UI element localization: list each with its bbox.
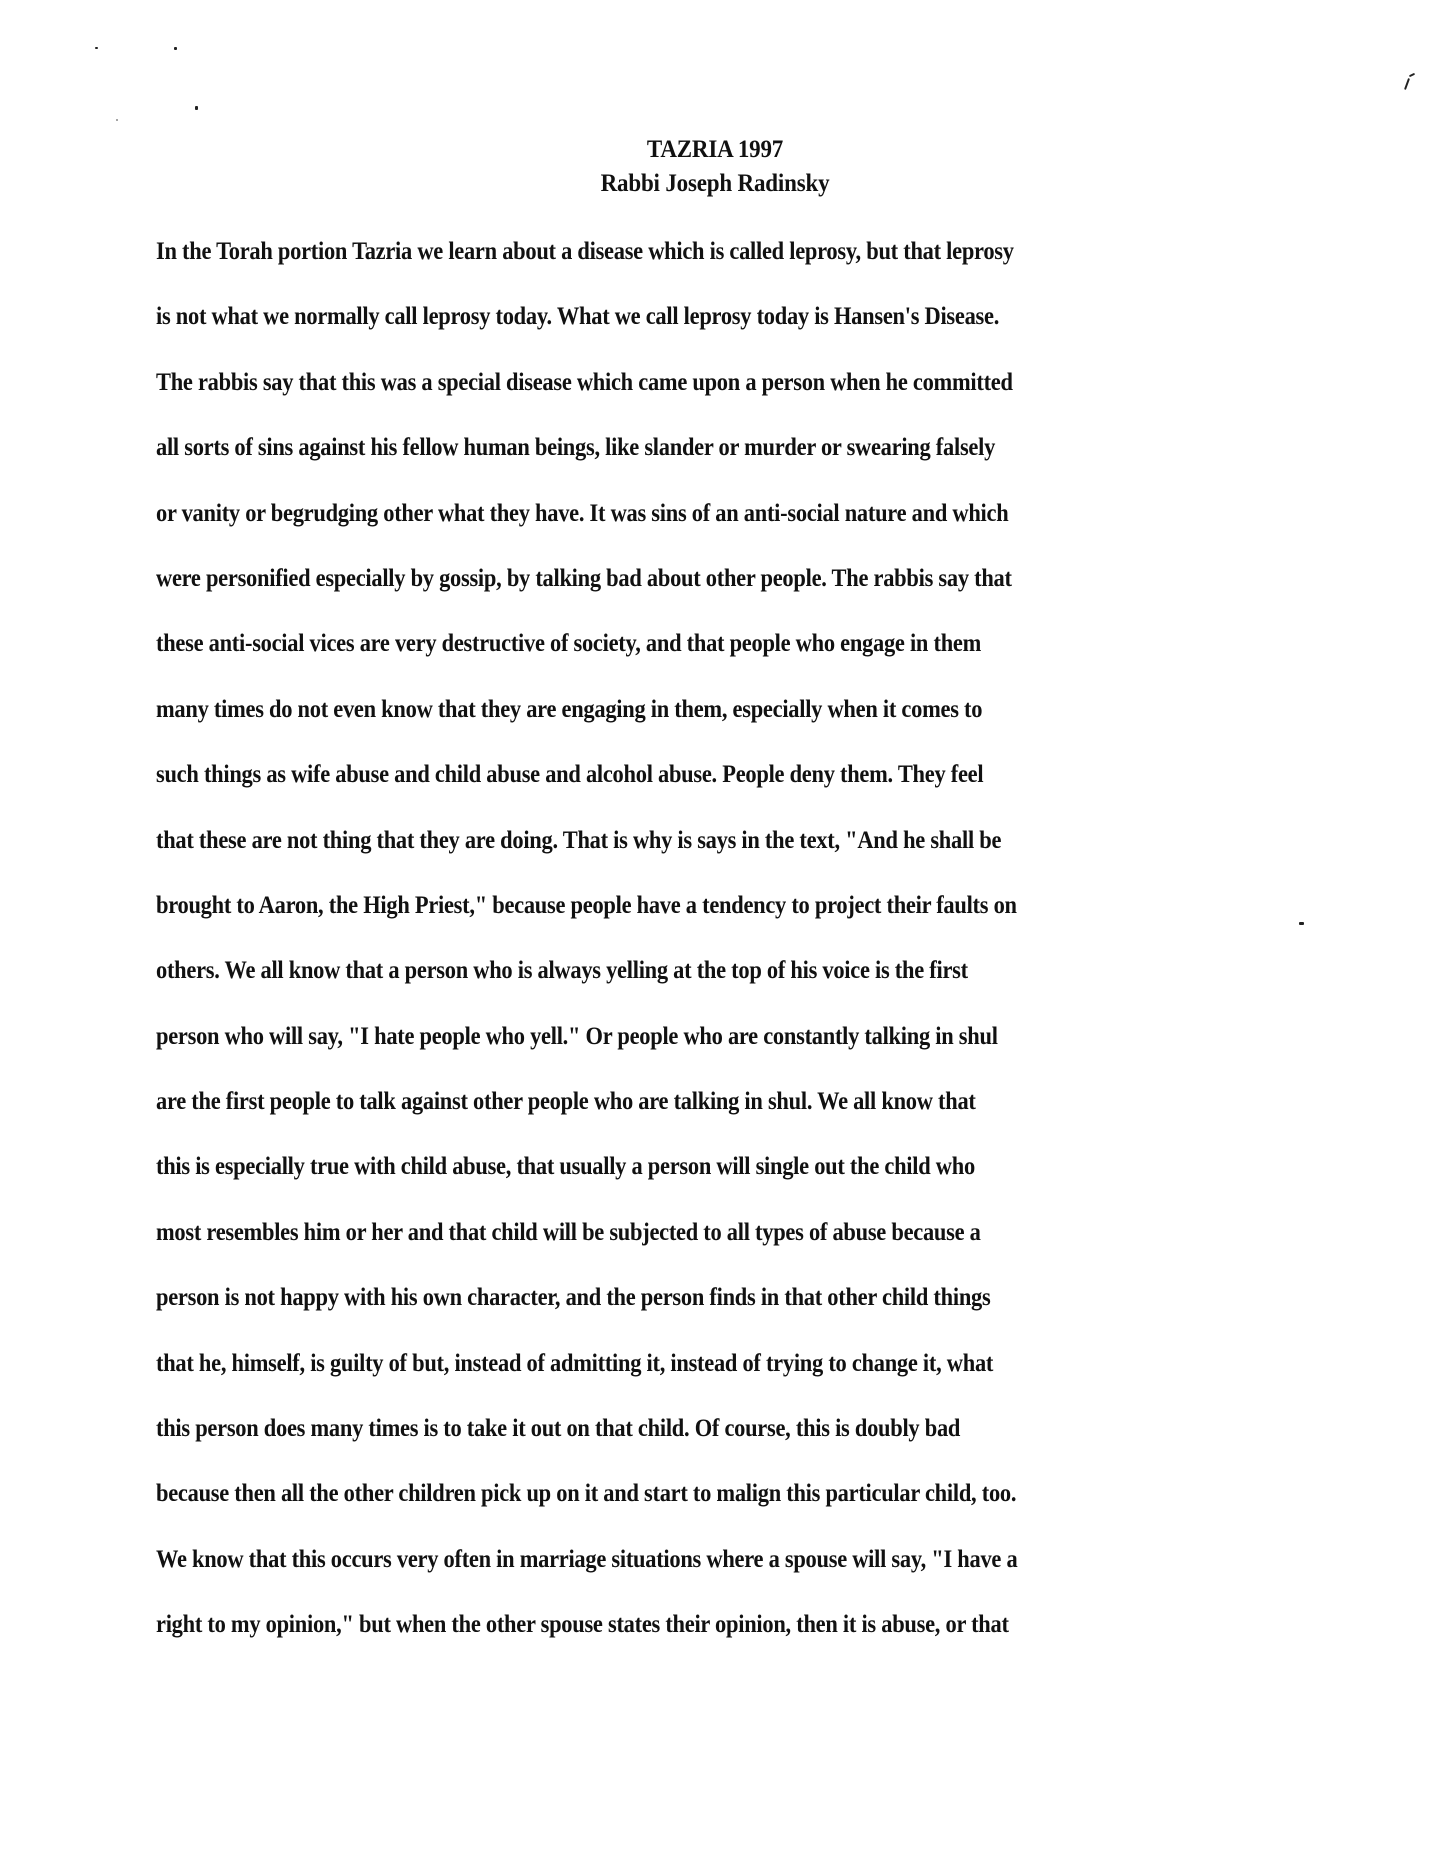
text-line: others. We all know that a person who is… (156, 955, 1133, 1020)
text-line: is not what we normally call leprosy tod… (156, 301, 1133, 366)
scan-speck (116, 119, 118, 121)
text-line: such things as wife abuse and child abus… (156, 759, 1133, 824)
text-line: We know that this occurs very often in m… (156, 1544, 1133, 1609)
text-line: because then all the other children pick… (156, 1478, 1133, 1543)
text-line: right to my opinion," but when the other… (156, 1609, 1133, 1674)
text-line: most resembles him or her and that child… (156, 1217, 1133, 1282)
text-line: are the first people to talk against oth… (156, 1086, 1133, 1151)
scan-speck (95, 47, 98, 49)
text-line: person who will say, "I hate people who … (156, 1021, 1133, 1086)
text-line: person is not happy with his own charact… (156, 1282, 1133, 1347)
text-line: that these are not thing that they are d… (156, 825, 1133, 890)
document-body: In the Torah portion Tazria we learn abo… (156, 236, 1266, 1675)
text-line: brought to Aaron, the High Priest," beca… (156, 890, 1133, 955)
scan-mark (1404, 78, 1410, 90)
document-title: TAZRIA 1997 (57, 133, 1373, 166)
document-author: Rabbi Joseph Radinsky (57, 167, 1373, 200)
text-line: were personified especially by gossip, b… (156, 563, 1133, 628)
scan-speck (195, 106, 198, 110)
text-line: this is especially true with child abuse… (156, 1151, 1133, 1216)
scanned-page: TAZRIA 1997 Rabbi Joseph Radinsky In the… (0, 0, 1430, 1851)
scan-speck (1299, 922, 1304, 925)
text-line: this person does many times is to take i… (156, 1413, 1133, 1478)
text-line: or vanity or begrudging other what they … (156, 498, 1133, 563)
text-line: all sorts of sins against his fellow hum… (156, 432, 1133, 497)
text-line: The rabbis say that this was a special d… (156, 367, 1133, 432)
text-line: these anti-social vices are very destruc… (156, 628, 1133, 693)
text-line: In the Torah portion Tazria we learn abo… (156, 236, 1133, 301)
text-line: that he, himself, is guilty of but, inst… (156, 1348, 1133, 1413)
text-line: many times do not even know that they ar… (156, 694, 1133, 759)
scan-speck (174, 47, 177, 50)
scan-mark (1409, 73, 1415, 77)
